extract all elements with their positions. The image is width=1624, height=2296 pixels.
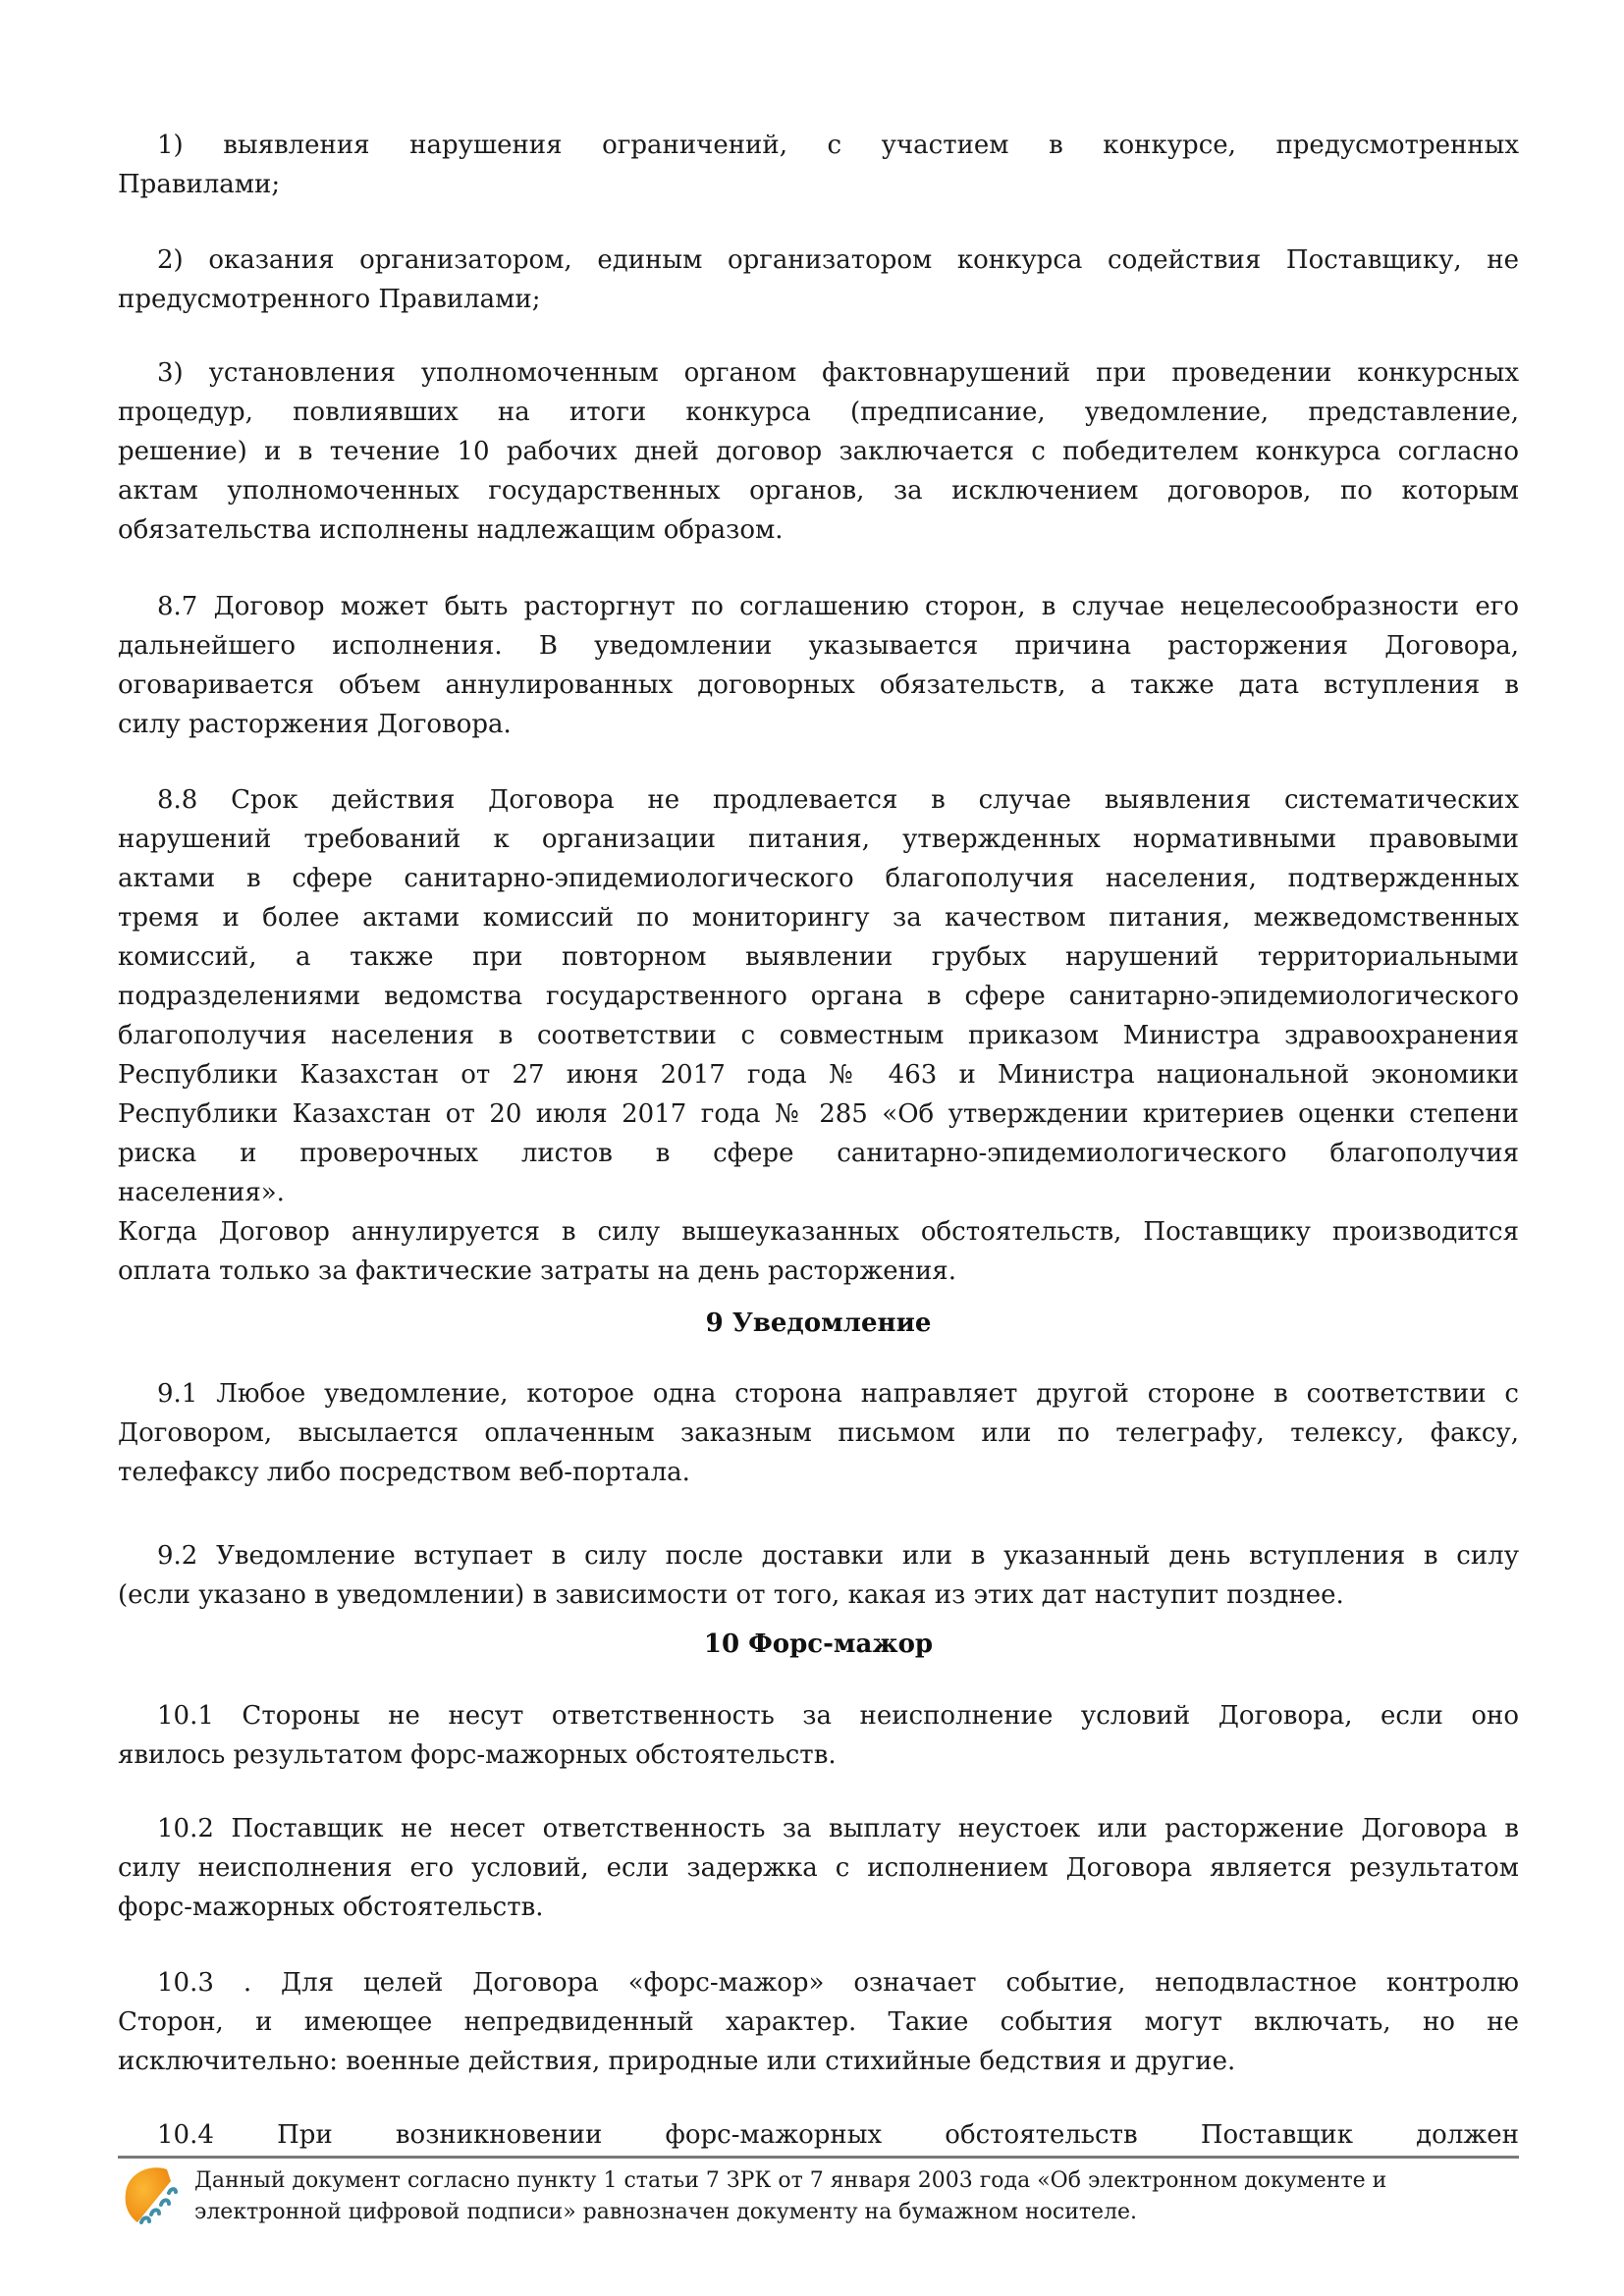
egov-sun-logo-icon [120, 2160, 189, 2228]
paragraph-line: 2) оказания организатором, единым органи… [157, 240, 1519, 280]
paragraph-line: актами в сфере санитарно-эпидемиологичес… [118, 859, 1519, 898]
footer-legal-notice-line: Данный документ согласно пункту 1 статьи… [194, 2165, 1386, 2197]
paragraph-line: 10.3 . Для целей Договора «форс-мажор» о… [157, 1963, 1519, 2002]
paragraph-line: исключительно: военные действия, природн… [118, 2042, 1519, 2081]
paragraph-line: актам уполномоченных государственных орг… [118, 471, 1519, 510]
paragraph-line: тремя и более актами комиссий по монитор… [118, 898, 1519, 937]
paragraph-line: 8.8 Срок действия Договора не продлевает… [157, 780, 1519, 820]
paragraph-line: подразделениями ведомства государственно… [118, 977, 1519, 1016]
paragraph-line: Республики Казахстан от 20 июля 2017 год… [118, 1095, 1519, 1134]
paragraph-line: (если указано в уведомлении) в зависимос… [118, 1575, 1519, 1615]
paragraph-line: оговаривается объем аннулированных догов… [118, 666, 1519, 705]
paragraph-line: силу неисполнения его условий, если заде… [118, 1848, 1519, 1888]
paragraph-line: телефаксу либо посредством веб-портала. [118, 1453, 1519, 1492]
paragraph-line: нарушений требований к организации питан… [118, 820, 1519, 859]
paragraph-line: Республики Казахстан от 27 июня 2017 год… [118, 1055, 1519, 1095]
paragraph-line: 10.4 При возникновении форс-мажорных обс… [157, 2115, 1519, 2155]
paragraph-line: 10.2 Поставщик не несет ответственность … [157, 1809, 1519, 1848]
paragraph-line: решение) и в течение 10 рабочих дней дог… [118, 432, 1519, 471]
paragraph-line: силу расторжения Договора. [118, 705, 1519, 744]
paragraph-line: 3) установления уполномоченным органом ф… [157, 353, 1519, 393]
paragraph-line: форс-мажорных обстоятельств. [118, 1888, 1519, 1927]
paragraph-line: риска и проверочных листов в сфере санит… [118, 1134, 1519, 1173]
paragraph-line: благополучия населения в соответствии с … [118, 1016, 1519, 1055]
document-page: 1) выявления нарушения ограничений, с уч… [0, 0, 1624, 2296]
paragraph-line: 1) выявления нарушения ограничений, с уч… [157, 126, 1519, 165]
paragraph-line: Сторон, и имеющее непредвиденный характе… [118, 2002, 1519, 2042]
section-heading-notification: 9 Уведомление [118, 1304, 1519, 1343]
paragraph-line: комиссий, а также при повторном выявлени… [118, 937, 1519, 977]
footer-divider [118, 2156, 1519, 2159]
paragraph-line: обязательства исполнены надлежащим образ… [118, 510, 1519, 550]
paragraph-line: предусмотренного Правилами; [118, 280, 1519, 319]
paragraph-line: явилось результатом форс-мажорных обстоя… [118, 1735, 1519, 1775]
paragraph-line: 9.1 Любое уведомление, которое одна стор… [157, 1374, 1519, 1414]
section-heading-force-majeure: 10 Форс-мажор [118, 1625, 1519, 1664]
paragraph-line: 10.1 Стороны не несут ответственность за… [157, 1696, 1519, 1735]
paragraph-line: процедур, повлиявших на итоги конкурса (… [118, 393, 1519, 432]
paragraph-line: дальнейшего исполнения. В уведомлении ук… [118, 626, 1519, 666]
paragraph-line: 8.7 Договор может быть расторгнут по сог… [157, 587, 1519, 626]
paragraph-line: Договором, высылается оплаченным заказны… [118, 1414, 1519, 1453]
paragraph-line: населения». [118, 1173, 1519, 1212]
paragraph-line: Когда Договор аннулируется в силу вышеук… [118, 1212, 1519, 1252]
footer-legal-notice-line: электронной цифровой подписи» равнозначе… [194, 2197, 1137, 2228]
paragraph-line: Правилами; [118, 165, 1519, 204]
paragraph-line: оплата только за фактические затраты на … [118, 1252, 1519, 1291]
paragraph-line: 9.2 Уведомление вступает в силу после до… [157, 1536, 1519, 1575]
